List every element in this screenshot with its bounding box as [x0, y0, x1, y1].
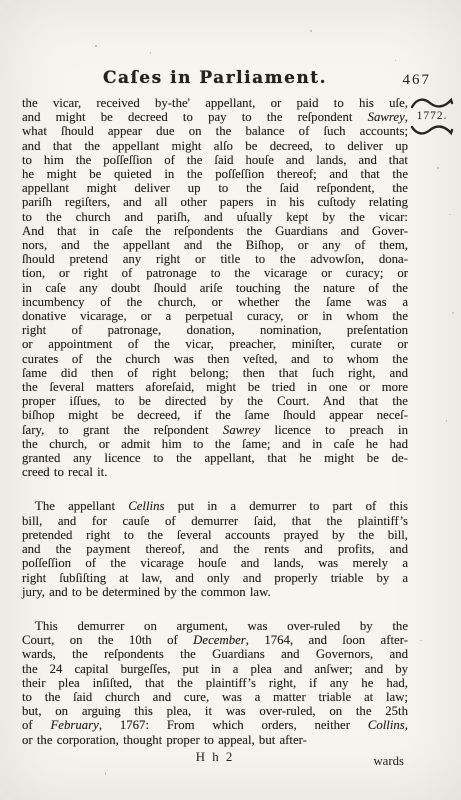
paragraph: This demurrer on argument, was over-rule… [22, 619, 408, 747]
text-line: pretended right to the ſeveral accounts … [22, 528, 408, 542]
text-line: bill, and for cauſe of demurrer ſaid, th… [22, 514, 408, 528]
margin-year: 1772. [405, 111, 459, 122]
text-line: the vicar, received by-the' appellant, o… [22, 96, 408, 110]
speck [395, 60, 396, 61]
text-line: ſame did then of right belong; then that… [22, 366, 408, 380]
speck [449, 214, 451, 215]
paragraph: the vicar, received by-the' appellant, o… [22, 96, 408, 479]
catchword: wards [373, 754, 404, 769]
running-title: Caſes in Parliament. [22, 68, 408, 88]
speck [452, 312, 454, 314]
text-line: right of patronage, donation, nomination… [22, 323, 408, 337]
scanned-book-page: Caſes in Parliament. 467 1772. the vicar… [0, 0, 461, 800]
text-line: and that the appellant might alſo be dec… [22, 139, 408, 153]
text-line: This demurrer on argument, was over-rule… [22, 619, 408, 633]
speck [150, 52, 151, 54]
signature-mark: H h 2 [22, 750, 408, 765]
text-line: And that in caſe the reſpondents the Gua… [22, 224, 408, 238]
speck [105, 772, 106, 775]
text-line: creed to recal it. [22, 465, 408, 479]
text-line: the 24 capital burgeſſes, put in a plea … [22, 662, 408, 676]
text-line: curates of the church was then veſted, a… [22, 352, 408, 366]
page-number: 467 [403, 72, 432, 89]
text-line: The appellant Cellins put in a demurrer … [22, 499, 408, 513]
text-line: the ſeveral matters aforeſaid, might be … [22, 380, 408, 394]
text-line: or appointment of the vicar, preacher, m… [22, 337, 408, 351]
page-header: Caſes in Parliament. [22, 68, 408, 88]
text-line: the church, or admit him to the ſame; an… [22, 437, 408, 451]
text-line: ſary, to grant the reſpondent Sawrey lic… [22, 423, 408, 437]
text-line: biſhop might be decreed, if the ſame ſho… [22, 408, 408, 422]
speck [95, 45, 97, 47]
text-line: but, on arguing this plea, it was over-r… [22, 704, 408, 718]
text-line: pariſh regiſters, and all other papers i… [22, 195, 408, 209]
speck [446, 420, 447, 422]
text-line: their plea inſiſted, that the plaintiff’… [22, 676, 408, 690]
text-line: and the payment thereof, and the rents a… [22, 542, 408, 556]
speck [310, 30, 312, 32]
margin-note: 1772. [405, 96, 459, 137]
speck [437, 167, 439, 169]
text-line: poſſeſſion of the vicarage houſe and lan… [22, 556, 408, 570]
flourish-top-icon [410, 96, 454, 110]
text-line: to the church and pariſh, and uſually ke… [22, 210, 408, 224]
text-line: jury, and to be determined by the common… [22, 585, 408, 599]
text-line: and might be decreed to pay to the reſpo… [22, 110, 408, 124]
speck [420, 640, 422, 641]
text-line: he might be quieted in the poſſeſſion th… [22, 167, 408, 181]
flourish-bottom-icon [410, 123, 454, 137]
text-line: proper iſſues, to be directed by the Cou… [22, 394, 408, 408]
text-line: what ſhould appear due on the balance of… [22, 124, 408, 138]
text-line: or the corporation, thought proper to ap… [22, 733, 408, 747]
paragraph: The appellant Cellins put in a demurrer … [22, 499, 408, 598]
text-line: to him the poſſeſſion of the ſaid houſe … [22, 153, 408, 167]
body-text: the vicar, received by-the' appellant, o… [22, 96, 408, 747]
text-line: Court, on the 10th of December, 1764, an… [22, 633, 408, 647]
text-line: of February, 1767: From which orders, ne… [22, 718, 408, 732]
text-line: in caſe any doubt ſhould ariſe touching … [22, 281, 408, 295]
text-line: wards, the reſpondents the Guardians and… [22, 647, 408, 661]
text-line: tion, or right of patronage to the vicar… [22, 266, 408, 280]
text-line: incumbency of the church, or whether the… [22, 295, 408, 309]
text-line: donative vicarage, or a perpetual curacy… [22, 309, 408, 323]
text-line: granted any licence to the appellant, th… [22, 451, 408, 465]
text-line: nors, and the appellant and the Biſhop, … [22, 238, 408, 252]
text-line: right ſubſiſting at law, and only and pr… [22, 571, 408, 585]
text-line: appellant might deliver up to the ſaid r… [22, 181, 408, 195]
text-line: to the ſaid church and cure, was a matte… [22, 690, 408, 704]
text-line: ſhould pretend any right or title to the… [22, 252, 408, 266]
